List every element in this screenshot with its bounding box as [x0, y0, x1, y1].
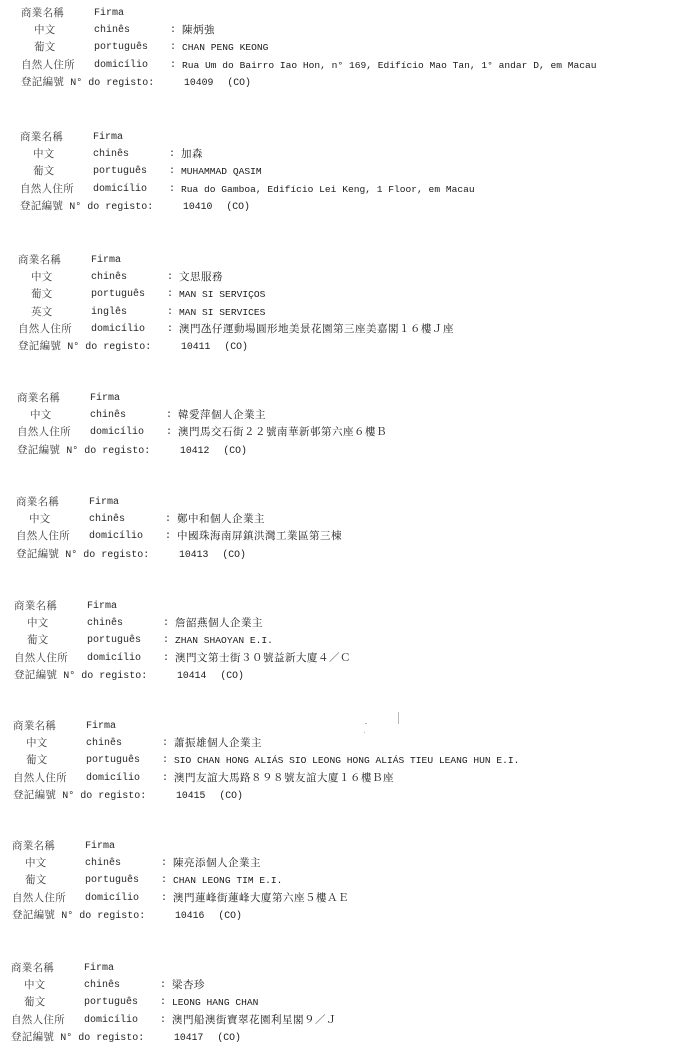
- firm-label-zh: 商業名稱: [17, 390, 60, 407]
- chinese-label-pt: chinês: [87, 615, 123, 632]
- chinese-name-value: 蕭振雄個人企業主: [174, 735, 262, 752]
- scanned-document-page: 商業名稱 Firma 中文 chinês : 陳炳強 葡文 português …: [0, 0, 693, 1048]
- registry-entry: 商業名稱 Firma 中文 chinês : 詹韶燕個人企業主 葡文 portu…: [14, 598, 693, 684]
- registry-entry: 商業名稱 Firma 中文 chinês : 陳炳強 葡文 português …: [21, 5, 693, 91]
- portuguese-name-value: ZHAN SHAOYAN E.I.: [175, 632, 273, 649]
- colon: :: [166, 407, 172, 424]
- portuguese-name-value: CHAN LEONG TIM E.I.: [173, 872, 282, 889]
- portuguese-label-zh: 葡文: [24, 994, 46, 1011]
- chinese-label-pt: chinês: [86, 735, 122, 752]
- firm-header-row: 商業名稱 Firma: [17, 390, 693, 407]
- domicile-label-zh: 自然人住所: [20, 181, 74, 198]
- registry-value: 10412(CO): [180, 442, 247, 459]
- chinese-name-value: 陳炳強: [182, 22, 215, 39]
- firm-label-zh: 商業名稱: [11, 960, 54, 977]
- portuguese-label-zh: 葡文: [34, 39, 56, 56]
- portuguese-name-value: CHAN PENG KEONG: [182, 39, 268, 56]
- registry-label: 登記編號 N° do registo:: [13, 787, 146, 805]
- registry-label-zh: 登記編號: [21, 76, 64, 88]
- firm-label-zh: 商業名稱: [16, 494, 59, 511]
- registry-row: 登記編號 N° do registo: 10413(CO): [16, 546, 693, 563]
- portuguese-name-value: MUHAMMAD QASIM: [181, 163, 262, 180]
- registry-type: (CO): [217, 1032, 241, 1043]
- chinese-label-zh: 中文: [31, 269, 53, 286]
- chinese-label-zh: 中文: [34, 22, 56, 39]
- portuguese-label-pt: português: [87, 632, 141, 649]
- firm-header-row: 商業名稱 Firma: [13, 718, 693, 735]
- chinese-label-pt: chinês: [93, 146, 129, 163]
- colon: :: [163, 650, 169, 667]
- firm-label-pt: Firma: [84, 960, 114, 977]
- domicile-value: 中國珠海南屏鎮洪灣工業區第三棟: [177, 528, 342, 545]
- registry-label-zh: 登記編號: [14, 669, 57, 681]
- registry-value: 10414(CO): [177, 667, 244, 684]
- domicile-label-zh: 自然人住所: [13, 770, 67, 787]
- chinese-label-pt: chinês: [94, 22, 130, 39]
- registry-number: 10416: [175, 910, 204, 921]
- firm-label-pt: Firma: [85, 838, 115, 855]
- registry-value: 10411(CO): [181, 338, 248, 355]
- firm-label-pt: Firma: [90, 390, 120, 407]
- registry-label: 登記編號 N° do registo:: [16, 546, 149, 564]
- registry-number: 10417: [174, 1032, 203, 1043]
- registry-type: (CO): [226, 201, 250, 212]
- domicile-row: 自然人住所 domicílio : 中國珠海南屏鎮洪灣工業區第三棟: [16, 528, 693, 545]
- registry-label-zh: 登記編號: [12, 909, 55, 921]
- registry-number: 10415: [176, 790, 205, 801]
- domicile-value: 澳門船澳街寶翠花園利星閣９／Ｊ: [172, 1012, 337, 1029]
- domicile-row: 自然人住所 domicílio : 澳門友誼大馬路８９８號友誼大廈１６樓Ｂ座: [13, 770, 693, 787]
- portuguese-label-zh: 葡文: [26, 752, 48, 769]
- portuguese-name-row: 葡文 português : CHAN PENG KEONG: [21, 39, 693, 56]
- firm-label-zh: 商業名稱: [20, 129, 63, 146]
- chinese-label-pt: chinês: [85, 855, 121, 872]
- english-label-zh: 英文: [31, 304, 53, 321]
- registry-label-zh: 登記編號: [18, 340, 61, 352]
- registry-label-pt: N° do registo:: [67, 342, 151, 353]
- colon: :: [166, 424, 172, 441]
- domicile-label-pt: domicílio: [91, 321, 145, 338]
- domicile-label-zh: 自然人住所: [14, 650, 68, 667]
- domicile-value: 澳門氹仔運動場圓形地美景花園第三座美嘉閣１６樓Ｊ座: [179, 321, 454, 338]
- chinese-name-row: 中文 chinês : 陳亮添個人企業主: [12, 855, 693, 872]
- colon: :: [169, 181, 175, 198]
- registry-value: 10410(CO): [183, 198, 250, 215]
- chinese-label-pt: chinês: [90, 407, 126, 424]
- registry-number: 10412: [180, 445, 209, 456]
- colon: :: [165, 528, 171, 545]
- domicile-label-zh: 自然人住所: [11, 1012, 65, 1029]
- colon: :: [170, 57, 176, 74]
- domicile-row: 自然人住所 domicílio : 澳門文第士街３０號益新大廈４／Ｃ: [14, 650, 693, 667]
- chinese-name-value: 文思服務: [179, 269, 223, 286]
- firm-header-row: 商業名稱 Firma: [14, 598, 693, 615]
- domicile-label-pt: domicílio: [87, 650, 141, 667]
- chinese-name-value: 梁杏珍: [172, 977, 205, 994]
- portuguese-label-zh: 葡文: [25, 872, 47, 889]
- registry-row: 登記編號 N° do registo: 10411(CO): [18, 338, 693, 355]
- registry-value: 10416(CO): [175, 907, 242, 924]
- registry-label: 登記編號 N° do registo:: [14, 667, 147, 685]
- colon: :: [161, 890, 167, 907]
- portuguese-label-pt: português: [85, 872, 139, 889]
- registry-row: 登記編號 N° do registo: 10412(CO): [17, 442, 693, 459]
- chinese-name-row: 中文 chinês : 韓愛萍個人企業主: [17, 407, 693, 424]
- registry-label-zh: 登記編號: [16, 548, 59, 560]
- colon: :: [167, 304, 173, 321]
- chinese-label-zh: 中文: [26, 735, 48, 752]
- registry-number: 10413: [179, 549, 208, 560]
- firm-label-pt: Firma: [94, 5, 124, 22]
- domicile-row: 自然人住所 domicílio : 澳門馬交石街２２號南華新邨第六座６樓Ｂ: [17, 424, 693, 441]
- registry-label-pt: N° do registo:: [70, 78, 154, 89]
- domicile-value: Rua do Gamboa, Edifício Lei Keng, 1 Floo…: [181, 181, 475, 198]
- registry-number: 10409: [184, 77, 213, 88]
- registry-entry: 商業名稱 Firma 中文 chinês : 韓愛萍個人企業主 自然人住所 do…: [17, 390, 693, 459]
- colon: :: [161, 872, 167, 889]
- chinese-name-value: 陳亮添個人企業主: [173, 855, 261, 872]
- firm-label-pt: Firma: [86, 718, 116, 735]
- registry-label: 登記編號 N° do registo:: [21, 74, 154, 92]
- firm-label-pt: Firma: [87, 598, 117, 615]
- colon: :: [160, 977, 166, 994]
- domicile-row: 自然人住所 domicílio : 澳門氹仔運動場圓形地美景花園第三座美嘉閣１６…: [18, 321, 693, 338]
- portuguese-name-row: 葡文 português : SIO CHAN HONG ALIÁS SIO L…: [13, 752, 693, 769]
- chinese-name-row: 中文 chinês : 陳炳強: [21, 22, 693, 39]
- registry-label: 登記編號 N° do registo:: [17, 442, 150, 460]
- firm-label-zh: 商業名稱: [13, 718, 56, 735]
- registry-label-zh: 登記編號: [11, 1031, 54, 1043]
- chinese-name-row: 中文 chinês : 文思服務: [18, 269, 693, 286]
- scan-speck: [398, 712, 399, 724]
- colon: :: [163, 615, 169, 632]
- firm-header-row: 商業名稱 Firma: [18, 252, 693, 269]
- chinese-name-value: 鄭中和個人企業主: [177, 511, 265, 528]
- domicile-row: 自然人住所 domicílio : 澳門蓮峰街蓮峰大廈第六座５樓ＡＥ: [12, 890, 693, 907]
- firm-header-row: 商業名稱 Firma: [11, 960, 693, 977]
- colon: :: [161, 855, 167, 872]
- registry-label-zh: 登記編號: [17, 444, 60, 456]
- registry-type: (CO): [227, 77, 251, 88]
- domicile-label-pt: domicílio: [84, 1012, 138, 1029]
- registry-label-zh: 登記編號: [20, 200, 63, 212]
- colon: :: [160, 1012, 166, 1029]
- chinese-label-zh: 中文: [33, 146, 55, 163]
- registry-label: 登記編號 N° do registo:: [20, 198, 153, 216]
- chinese-label-zh: 中文: [27, 615, 49, 632]
- domicile-row: 自然人住所 domicílio : Rua Um do Bairro Iao H…: [21, 57, 693, 74]
- chinese-label-pt: chinês: [91, 269, 127, 286]
- chinese-label-pt: chinês: [89, 511, 125, 528]
- firm-header-row: 商業名稱 Firma: [20, 129, 693, 146]
- chinese-label-zh: 中文: [25, 855, 47, 872]
- registry-number: 10414: [177, 670, 206, 681]
- chinese-label-zh: 中文: [29, 511, 51, 528]
- registry-row: 登記編號 N° do registo: 10414(CO): [14, 667, 693, 684]
- registry-label-pt: N° do registo:: [66, 446, 150, 457]
- chinese-name-value: 加森: [181, 146, 203, 163]
- colon: :: [162, 770, 168, 787]
- portuguese-name-row: 葡文 português : ZHAN SHAOYAN E.I.: [14, 632, 693, 649]
- domicile-label-pt: domicílio: [86, 770, 140, 787]
- registry-type: (CO): [218, 910, 242, 921]
- domicile-value: Rua Um do Bairro Iao Hon, n° 169, Edifíc…: [182, 57, 597, 74]
- registry-type: (CO): [222, 549, 246, 560]
- colon: :: [170, 39, 176, 56]
- chinese-name-row: 中文 chinês : 加森: [20, 146, 693, 163]
- domicile-value: 澳門友誼大馬路８９８號友誼大廈１６樓Ｂ座: [174, 770, 394, 787]
- portuguese-label-pt: português: [93, 163, 147, 180]
- domicile-row: 自然人住所 domicílio : Rua do Gamboa, Edifíci…: [20, 181, 693, 198]
- registry-label-pt: N° do registo:: [61, 911, 145, 922]
- chinese-name-row: 中文 chinês : 鄭中和個人企業主: [16, 511, 693, 528]
- colon: :: [170, 22, 176, 39]
- portuguese-label-pt: português: [94, 39, 148, 56]
- portuguese-name-value: SIO CHAN HONG ALIÁS SIO LEONG HONG ALIÁS…: [174, 752, 519, 769]
- colon: :: [162, 735, 168, 752]
- colon: :: [169, 146, 175, 163]
- registry-type: (CO): [224, 341, 248, 352]
- portuguese-name-row: 葡文 português : CHAN LEONG TIM E.I.: [12, 872, 693, 889]
- firm-header-row: 商業名稱 Firma: [16, 494, 693, 511]
- registry-label: 登記編號 N° do registo:: [12, 907, 145, 925]
- scan-speck: [365, 723, 367, 724]
- firm-label-pt: Firma: [91, 252, 121, 269]
- registry-entry: 商業名稱 Firma 中文 chinês : 文思服務 葡文 português…: [18, 252, 693, 355]
- portuguese-name-row: 葡文 português : MAN SI SERVIÇOS: [18, 286, 693, 303]
- chinese-label-zh: 中文: [24, 977, 46, 994]
- registry-label-pt: N° do registo:: [69, 202, 153, 213]
- portuguese-name-value: LEONG HANG CHAN: [172, 994, 258, 1011]
- registry-row: 登記編號 N° do registo: 10415(CO): [13, 787, 693, 804]
- portuguese-label-zh: 葡文: [27, 632, 49, 649]
- portuguese-label-pt: português: [91, 286, 145, 303]
- registry-label-zh: 登記編號: [13, 789, 56, 801]
- chinese-name-row: 中文 chinês : 蕭振雄個人企業主: [13, 735, 693, 752]
- colon: :: [160, 994, 166, 1011]
- domicile-value: 澳門蓮峰街蓮峰大廈第六座５樓ＡＥ: [173, 890, 349, 907]
- colon: :: [165, 511, 171, 528]
- chinese-name-value: 詹韶燕個人企業主: [175, 615, 263, 632]
- colon: :: [167, 269, 173, 286]
- firm-label-pt: Firma: [89, 494, 119, 511]
- domicile-label-pt: domicílio: [90, 424, 144, 441]
- chinese-label-pt: chinês: [84, 977, 120, 994]
- domicile-label-zh: 自然人住所: [12, 890, 66, 907]
- firm-label-zh: 商業名稱: [12, 838, 55, 855]
- domicile-label-pt: domicílio: [93, 181, 147, 198]
- domicile-label-zh: 自然人住所: [16, 528, 70, 545]
- domicile-label-zh: 自然人住所: [18, 321, 72, 338]
- registry-label: 登記編號 N° do registo:: [18, 338, 151, 356]
- registry-entry: 商業名稱 Firma 中文 chinês : 蕭振雄個人企業主 葡文 portu…: [13, 718, 693, 804]
- firm-label-zh: 商業名稱: [14, 598, 57, 615]
- domicile-row: 自然人住所 domicílio : 澳門船澳街寶翠花園利星閣９／Ｊ: [11, 1012, 693, 1029]
- portuguese-name-value: MAN SI SERVIÇOS: [179, 286, 265, 303]
- portuguese-label-pt: português: [86, 752, 140, 769]
- english-label-pt: inglês: [91, 304, 127, 321]
- registry-label-pt: N° do registo:: [63, 671, 147, 682]
- registry-row: 登記編號 N° do registo: 10417(CO): [11, 1029, 693, 1046]
- registry-row: 登記編號 N° do registo: 10416(CO): [12, 907, 693, 924]
- registry-entry: 商業名稱 Firma 中文 chinês : 梁杏珍 葡文 português …: [11, 960, 693, 1046]
- registry-row: 登記編號 N° do registo: 10409(CO): [21, 74, 693, 91]
- firm-label-pt: Firma: [93, 129, 123, 146]
- domicile-value: 澳門文第士街３０號益新大廈４／Ｃ: [175, 650, 351, 667]
- portuguese-name-row: 葡文 português : MUHAMMAD QASIM: [20, 163, 693, 180]
- domicile-label-zh: 自然人住所: [17, 424, 71, 441]
- scan-speck: [364, 732, 365, 733]
- registry-label-pt: N° do registo:: [62, 791, 146, 802]
- firm-label-zh: 商業名稱: [18, 252, 61, 269]
- portuguese-name-row: 葡文 português : LEONG HANG CHAN: [11, 994, 693, 1011]
- registry-label-pt: N° do registo:: [60, 1033, 144, 1044]
- english-name-value: MAN SI SERVICES: [179, 304, 265, 321]
- domicile-label-pt: domicílio: [94, 57, 148, 74]
- chinese-name-row: 中文 chinês : 梁杏珍: [11, 977, 693, 994]
- registry-entry: 商業名稱 Firma 中文 chinês : 陳亮添個人企業主 葡文 portu…: [12, 838, 693, 924]
- registry-entry: 商業名稱 Firma 中文 chinês : 鄭中和個人企業主 自然人住所 do…: [16, 494, 693, 563]
- colon: :: [162, 752, 168, 769]
- registry-type: (CO): [223, 445, 247, 456]
- firm-label-zh: 商業名稱: [21, 5, 64, 22]
- english-name-row: 英文 inglês : MAN SI SERVICES: [18, 304, 693, 321]
- registry-type: (CO): [220, 670, 244, 681]
- registry-value: 10409(CO): [184, 74, 251, 91]
- domicile-label-pt: domicílio: [89, 528, 143, 545]
- registry-number: 10410: [183, 201, 212, 212]
- registry-row: 登記編號 N° do registo: 10410(CO): [20, 198, 693, 215]
- colon: :: [163, 632, 169, 649]
- registry-value: 10415(CO): [176, 787, 243, 804]
- registry-value: 10413(CO): [179, 546, 246, 563]
- portuguese-label-zh: 葡文: [31, 286, 53, 303]
- colon: :: [167, 321, 173, 338]
- registry-value: 10417(CO): [174, 1029, 241, 1046]
- firm-header-row: 商業名稱 Firma: [12, 838, 693, 855]
- firm-header-row: 商業名稱 Firma: [21, 5, 693, 22]
- chinese-name-value: 韓愛萍個人企業主: [178, 407, 266, 424]
- registry-number: 10411: [181, 341, 210, 352]
- chinese-name-row: 中文 chinês : 詹韶燕個人企業主: [14, 615, 693, 632]
- registry-label: 登記編號 N° do registo:: [11, 1029, 144, 1047]
- domicile-label-zh: 自然人住所: [21, 57, 75, 74]
- chinese-label-zh: 中文: [30, 407, 52, 424]
- domicile-label-pt: domicílio: [85, 890, 139, 907]
- registry-type: (CO): [219, 790, 243, 801]
- registry-entry: 商業名稱 Firma 中文 chinês : 加森 葡文 português :…: [20, 129, 693, 215]
- colon: :: [167, 286, 173, 303]
- registry-label-pt: N° do registo:: [65, 550, 149, 561]
- portuguese-label-pt: português: [84, 994, 138, 1011]
- domicile-value: 澳門馬交石街２２號南華新邨第六座６樓Ｂ: [178, 424, 387, 441]
- portuguese-label-zh: 葡文: [33, 163, 55, 180]
- colon: :: [169, 163, 175, 180]
